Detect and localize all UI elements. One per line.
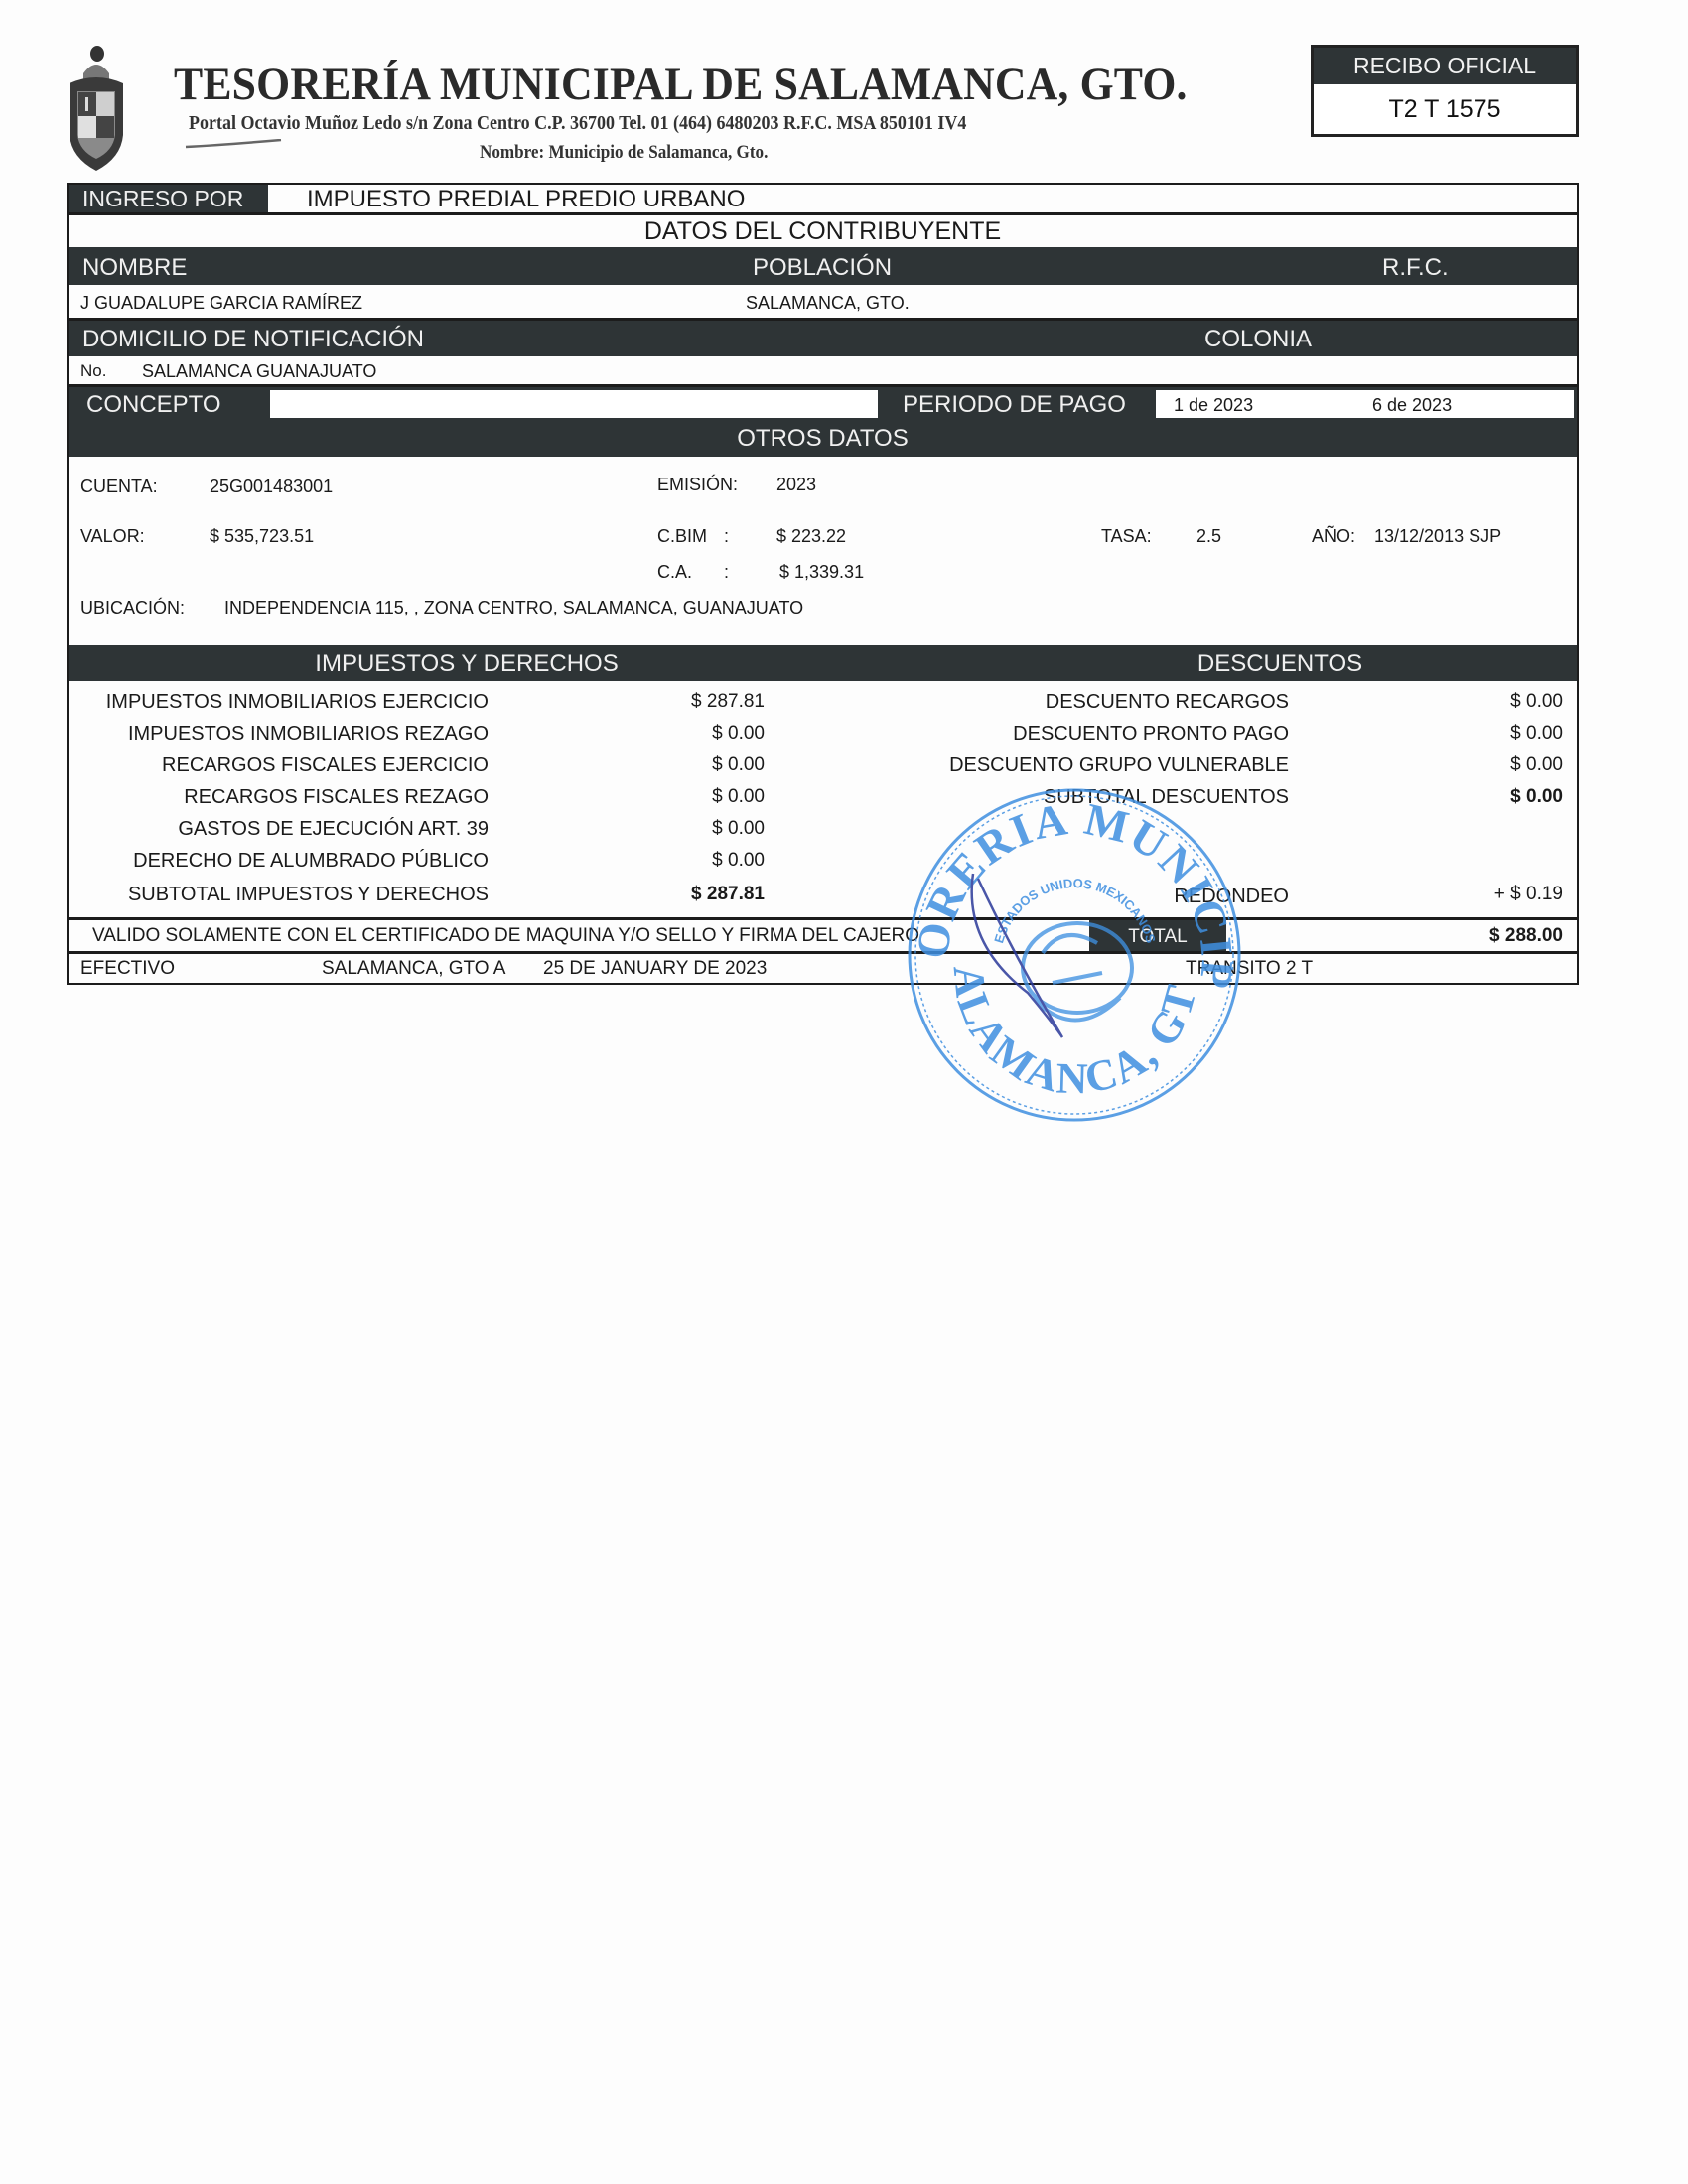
ingreso-row: INGRESO POR IMPUESTO PREDIAL PREDIO URBA… xyxy=(69,185,1577,212)
domicilio-header-bar: DOMICILIO DE NOTIFICACIÓN COLONIA xyxy=(69,321,1577,356)
anio-value: 13/12/2013 SJP xyxy=(1374,526,1501,547)
impuesto-item-value: $ 287.81 xyxy=(691,691,765,713)
cbim-separator: : xyxy=(724,526,729,547)
impuesto-item-label: GASTOS DE EJECUCIÓN ART. 39 xyxy=(178,818,489,841)
cuenta-value: 25G001483001 xyxy=(210,477,333,497)
concepto-label: CONCEPTO xyxy=(86,387,221,423)
official-receipt-label: RECIBO OFICIAL xyxy=(1314,48,1576,84)
redondeo-label: REDONDEO xyxy=(1174,886,1289,908)
official-receipt-box: RECIBO OFICIAL T2 T 1575 xyxy=(1311,45,1579,137)
contribuyente-poblacion: SALAMANCA, GTO. xyxy=(746,285,910,321)
periodo-hasta: 6 de 2023 xyxy=(1372,390,1452,420)
impuesto-item-label: DERECHO DE ALUMBRADO PÚBLICO xyxy=(133,850,489,873)
periodo-pago-label: PERIODO DE PAGO xyxy=(903,387,1126,423)
rfc-label: R.F.C. xyxy=(1382,247,1449,289)
periodo-fields: 1 de 2023 6 de 2023 xyxy=(1156,390,1574,418)
valor-label: VALOR: xyxy=(80,526,145,547)
domicilio-no-label: No. xyxy=(80,356,106,386)
total-row: VALIDO SOLAMENTE CON EL CERTIFICADO DE M… xyxy=(69,920,1577,951)
impuesto-item-value: $ 0.00 xyxy=(712,786,765,808)
domicilio-label: DOMICILIO DE NOTIFICACIÓN xyxy=(82,321,424,358)
tasa-label: TASA: xyxy=(1101,526,1152,547)
anio-label: AÑO: xyxy=(1312,526,1355,547)
payment-place: SALAMANCA, GTO A xyxy=(322,954,505,984)
impuestos-descuentos-bar: IMPUESTOS Y DERECHOS DESCUENTOS xyxy=(69,645,1577,681)
treasury-address: Portal Octavio Muñoz Ledo s/n Zona Centr… xyxy=(189,112,966,135)
impuesto-item-value: $ 0.00 xyxy=(712,754,765,776)
redondeo-value: + $ 0.19 xyxy=(1494,884,1563,905)
otros-datos-body: CUENTA: 25G001483001 EMISIÓN: 2023 VALOR… xyxy=(69,457,1577,645)
receipt-number: T2 T 1575 xyxy=(1314,84,1576,134)
ubicacion-value: INDEPENDENCIA 115, , ZONA CENTRO, SALAMA… xyxy=(224,598,803,618)
impuesto-item-value: $ 0.00 xyxy=(712,723,765,745)
subtotal-impuestos-row: SUBTOTAL IMPUESTOS Y DERECHOS $ 287.81 R… xyxy=(69,884,1577,913)
nombre-label: NOMBRE xyxy=(82,247,187,289)
impuesto-item-label: IMPUESTOS INMOBILIARIOS EJERCICIO xyxy=(106,691,489,714)
concepto-value-field xyxy=(270,390,878,418)
cuenta-label: CUENTA: xyxy=(80,477,158,497)
concepto-row: CONCEPTO PERIODO DE PAGO 1 de 2023 6 de … xyxy=(69,387,1577,421)
ca-label: C.A. xyxy=(657,562,692,583)
emision-label: EMISIÓN: xyxy=(657,475,738,495)
impuesto-item-label: RECARGOS FISCALES EJERCICIO xyxy=(162,754,489,777)
payment-row: EFECTIVO SALAMANCA, GTO A 25 DE JANUARY … xyxy=(69,954,1577,984)
contribuyente-section-title: DATOS DEL CONTRIBUYENTE xyxy=(69,215,1577,247)
ca-separator: : xyxy=(724,562,729,583)
pen-stroke-mark xyxy=(184,139,283,149)
impuestos-list: IMPUESTOS INMOBILIARIOS EJERCICIO$ 287.8… xyxy=(69,681,1577,917)
periodo-desde: 1 de 2023 xyxy=(1174,390,1253,420)
ingreso-por-label: INGRESO POR xyxy=(69,185,268,212)
contribuyente-nombre: J GUADALUPE GARCIA RAMÍREZ xyxy=(80,285,362,321)
cashier-station: TRANSITO 2 T xyxy=(1186,954,1313,984)
tasa-value: 2.5 xyxy=(1196,526,1221,547)
domicilio-value: SALAMANCA GUANAJUATO xyxy=(142,356,376,386)
descuentos-section-title: DESCUENTOS xyxy=(1161,645,1399,683)
poblacion-label: POBLACIÓN xyxy=(753,247,892,289)
impuesto-item-label: IMPUESTOS INMOBILIARIOS REZAGO xyxy=(128,723,489,746)
nombre-header-bar: NOMBRE POBLACIÓN R.F.C. xyxy=(69,247,1577,285)
impuesto-item-value: $ 0.00 xyxy=(712,818,765,840)
treasury-entity-name: Nombre: Municipio de Salamanca, Gto. xyxy=(480,142,768,164)
total-label: TOTAL xyxy=(1089,920,1226,951)
contribuyente-title-row: DATOS DEL CONTRIBUYENTE xyxy=(69,215,1577,247)
impuesto-item-value: $ 0.00 xyxy=(712,850,765,872)
receipt-form: INGRESO POR IMPUESTO PREDIAL PREDIO URBA… xyxy=(67,183,1579,985)
payment-method: EFECTIVO xyxy=(80,954,175,984)
impuestos-section-title: IMPUESTOS Y DERECHOS xyxy=(69,645,865,683)
valor-value: $ 535,723.51 xyxy=(210,526,314,547)
treasury-title: TESORERÍA MUNICIPAL DE SALAMANCA, GTO. xyxy=(174,58,1188,111)
nombre-values-row: J GUADALUPE GARCIA RAMÍREZ SALAMANCA, GT… xyxy=(69,285,1577,318)
subtotal-impuestos-label: SUBTOTAL IMPUESTOS Y DERECHOS xyxy=(128,884,489,906)
domicilio-values-row: No. SALAMANCA GUANAJUATO xyxy=(69,356,1577,384)
emision-value: 2023 xyxy=(776,475,816,495)
ubicacion-label: UBICACIÓN: xyxy=(80,598,185,618)
total-value: $ 288.00 xyxy=(1489,920,1563,952)
cbim-label: C.BIM xyxy=(657,526,707,547)
subtotal-impuestos-value: $ 287.81 xyxy=(691,884,765,905)
municipal-crest-icon xyxy=(62,44,131,175)
impuesto-item-label: RECARGOS FISCALES REZAGO xyxy=(184,786,489,809)
validity-notice: VALIDO SOLAMENTE CON EL CERTIFICADO DE M… xyxy=(92,920,919,952)
ingreso-por-value: IMPUESTO PREDIAL PREDIO URBANO xyxy=(307,185,745,212)
otros-datos-title: OTROS DATOS xyxy=(69,421,1577,457)
payment-date: 25 DE JANUARY DE 2023 xyxy=(543,954,767,984)
cbim-value: $ 223.22 xyxy=(776,526,846,547)
colonia-label: COLONIA xyxy=(1204,321,1312,358)
otros-datos-bar: OTROS DATOS xyxy=(69,421,1577,457)
ca-value: $ 1,339.31 xyxy=(779,562,864,583)
